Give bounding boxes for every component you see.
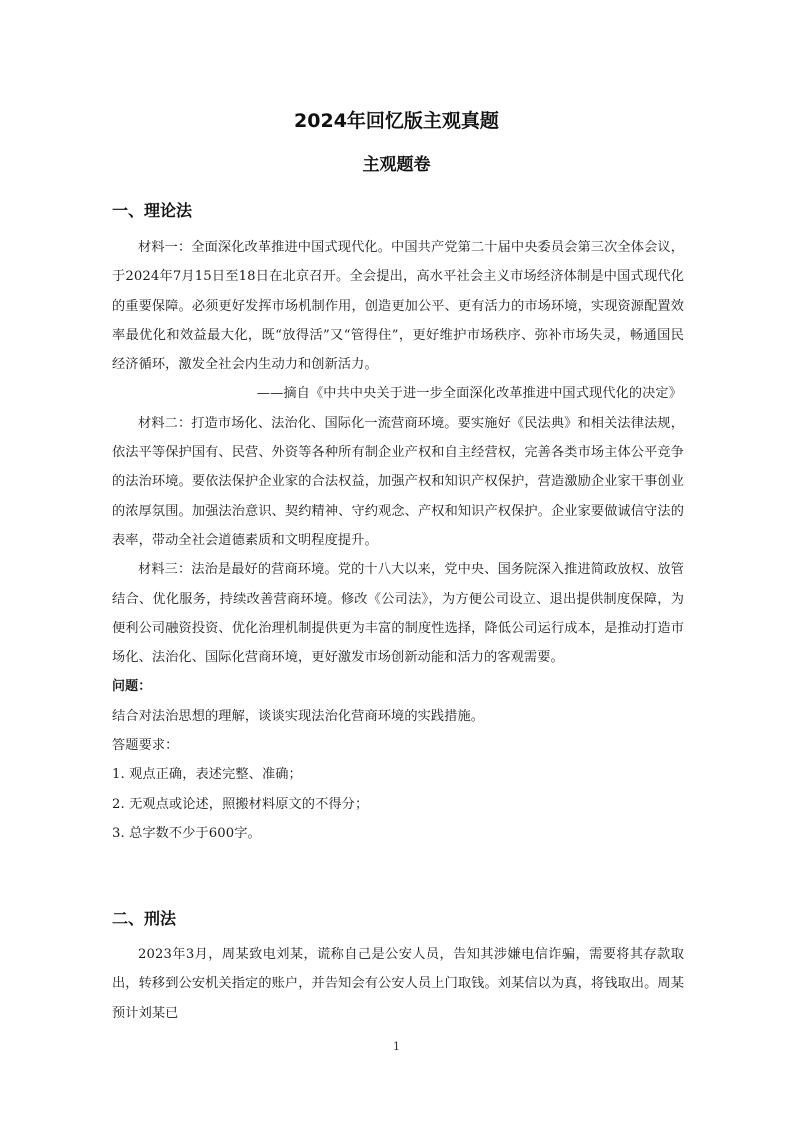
material-two: 材料二：打造市场化、法治化、国际化一流营商环境。要实施好《民法典》和相关法律法规…: [112, 409, 684, 555]
requirements-label: 答题要求：: [112, 731, 684, 760]
material-one: 材料一：全面深化改革推进中国式现代化。中国共产党第二十届中央委员会第三次全体会议…: [112, 233, 684, 379]
requirement-item: 3. 总字数不少于600字。: [112, 819, 684, 848]
case-paragraph: 2023年3月，周某致电刘某，谎称自己是公安人员，告知其涉嫌电信诈骗，需要将其存…: [112, 940, 684, 1028]
section-theory-law-body: 材料一：全面深化改革推进中国式现代化。中国共产党第二十届中央委员会第三次全体会议…: [112, 233, 684, 848]
document-subtitle: 主观题卷: [0, 150, 793, 175]
requirement-item: 1. 观点正确，表述完整、准确；: [112, 760, 684, 789]
section-criminal-law-body: 2023年3月，周某致电刘某，谎称自己是公安人员，告知其涉嫌电信诈骗，需要将其存…: [112, 940, 684, 1028]
material-attribution: ——摘自《中共中央关于进一步全面深化改革推进中国式现代化的决定》: [112, 379, 684, 408]
document-title: 2024年回忆版主观真题: [0, 106, 793, 133]
question-text: 结合对法治思想的理解，谈谈实现法治化营商环境的实践措施。: [112, 702, 684, 731]
section-heading-criminal-law: 二、刑法: [112, 906, 176, 929]
page-number: 1: [0, 1040, 793, 1053]
section-heading-theory-law: 一、理论法: [112, 198, 192, 221]
requirement-item: 2. 无观点或论述，照搬材料原文的不得分；: [112, 790, 684, 819]
document-page: 2024年回忆版主观真题 主观题卷 一、理论法 材料一：全面深化改革推进中国式现…: [0, 0, 793, 1122]
material-three: 材料三：法治是最好的营商环境。党的十八大以来，党中央、国务院深入推进简政放权、放…: [112, 555, 684, 672]
question-label: 问题：: [112, 672, 684, 701]
